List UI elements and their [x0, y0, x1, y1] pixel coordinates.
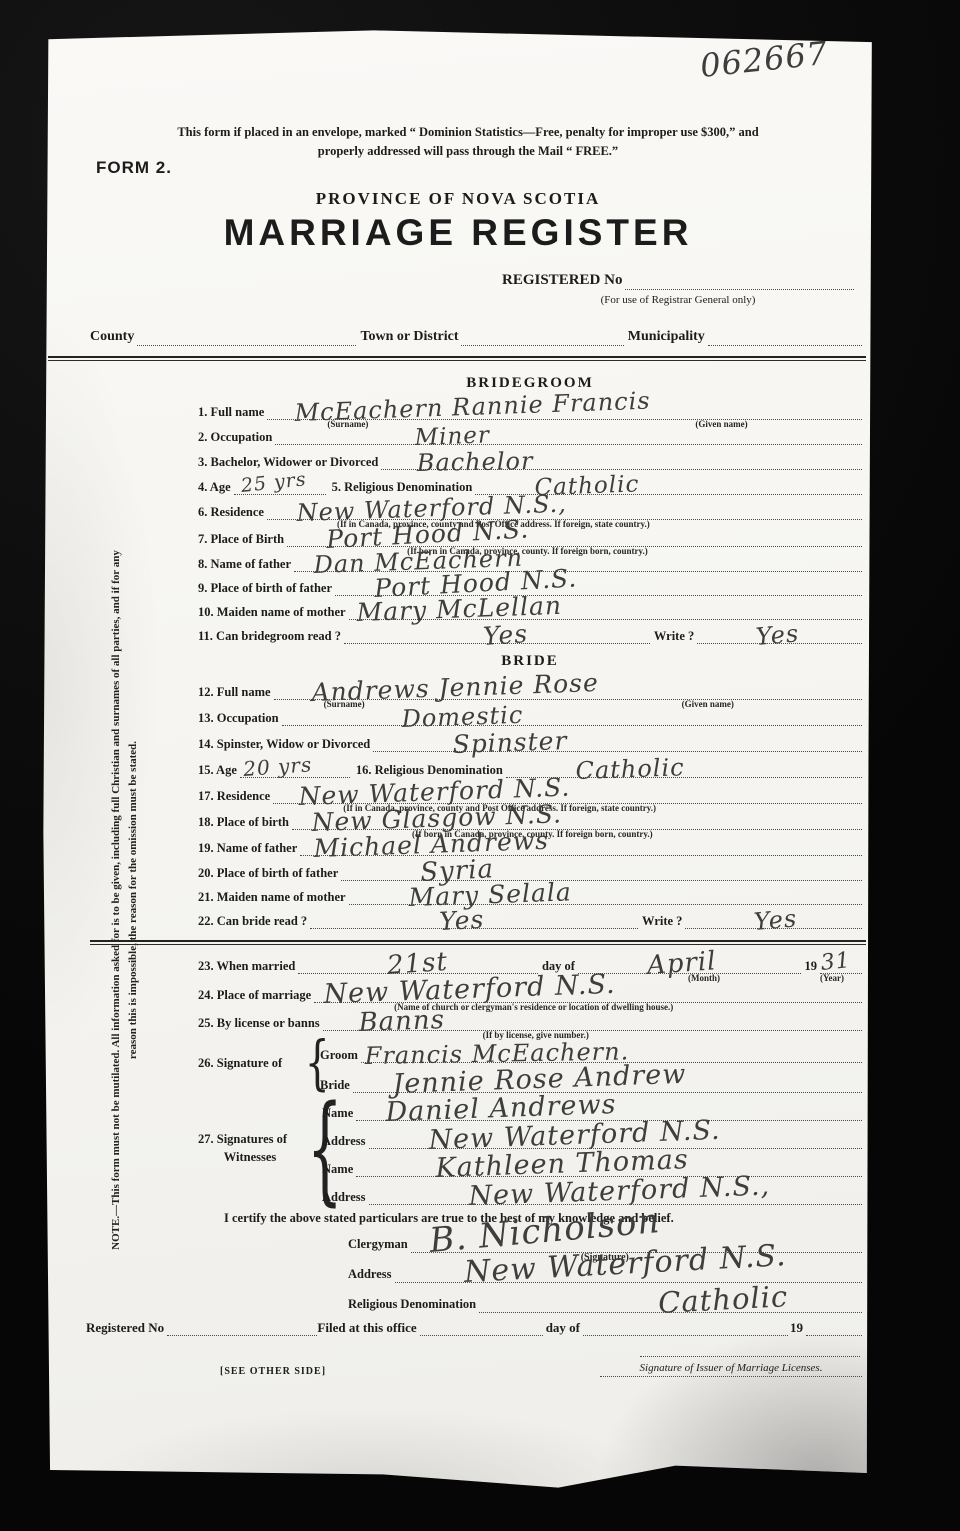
groom-fullname-line: McEachern Rannie Francis (Surname) (Give… — [267, 396, 862, 420]
form-number: FORM 2. — [96, 158, 172, 178]
bride-occupation-label: 13. Occupation — [198, 712, 279, 727]
bride-occupation-line: Domestic — [282, 700, 862, 726]
witness2-name-label: Name — [322, 1163, 353, 1178]
bride-birthplace-label: 18. Place of birth — [198, 816, 289, 831]
clergyman-religion-line: Catholic — [479, 1283, 862, 1313]
scanned-document-background: 062667 This form if placed in an envelop… — [0, 0, 960, 1531]
filing-filed-label: Filed at this office — [317, 1321, 416, 1336]
license-banns-value: Banns — [358, 1007, 445, 1036]
county-label: County — [90, 330, 134, 346]
groom-father-birthplace-line: Port Hood N.S. — [335, 572, 862, 596]
bride-birthplace-line: New Glasgow N.S. (If born in Canada, pro… — [292, 804, 862, 830]
filing-filed-line — [420, 1314, 543, 1336]
town-label: Town or District — [360, 330, 458, 346]
municipality-line — [708, 326, 862, 346]
bride-father-label: 19. Name of father — [198, 842, 297, 857]
groom-write-line: Yes — [697, 620, 862, 644]
filing-dayof-label: day of — [546, 1321, 580, 1336]
groom-fullname-label: 1. Full name — [198, 406, 264, 421]
groom-birthplace-label: 7. Place of Birth — [198, 533, 284, 548]
bride-write-value: Yes — [753, 906, 798, 934]
filing-dayof-line — [583, 1314, 788, 1336]
place-of-marriage-line: New Waterford N.S. (Name of church or cl… — [314, 974, 862, 1003]
marriage-register-form: 062667 This form if placed in an envelop… — [40, 26, 876, 1492]
bride-status-line: Spinster — [373, 726, 862, 752]
groom-read-label: 11. Can bridegroom read ? — [198, 630, 341, 645]
filing-year-line — [806, 1314, 862, 1336]
envelope-notice-line1: This form if placed in an envelope, mark… — [100, 123, 836, 142]
groom-read-value: Yes — [482, 621, 529, 649]
bride-age-line: 20 yrs — [240, 752, 350, 778]
clergyman-religion-label: Religious Denomination — [348, 1298, 476, 1313]
bride-residence-label: 17. Residence — [198, 790, 270, 805]
filing-registered-line — [167, 1314, 317, 1336]
bride-read-label: 22. Can bride read ? — [198, 915, 307, 930]
town-line — [461, 326, 623, 346]
bride-fullname-line: Andrews Jennie Rose (Surname) (Given nam… — [274, 674, 862, 700]
groom-age-line: 25 yrs — [234, 470, 326, 495]
bride-father-birthplace-line: Syria — [341, 856, 862, 881]
bride-age-label: 15. Age — [198, 764, 237, 779]
section-divider-top — [48, 356, 866, 361]
groom-read-line: Yes — [344, 620, 650, 644]
bride-status-label: 14. Spinster, Widow or Divorced — [198, 738, 370, 753]
witness1-name-label: Name — [322, 1107, 353, 1122]
witnesses-label-1: 27. Signatures of — [198, 1133, 302, 1148]
registered-no-label: REGISTERED No — [502, 273, 622, 290]
witness2-address-line: New Waterford N.S., — [369, 1177, 862, 1205]
bride-write-line: Yes — [685, 905, 862, 929]
bride-fullname-label: 12. Full name — [198, 686, 271, 701]
see-other-side: [SEE OTHER SIDE] — [220, 1366, 326, 1377]
groom-age-value: 25 yrs — [240, 470, 307, 496]
groom-status-line: Bachelor — [381, 445, 862, 470]
witness2-address-label: Address — [322, 1191, 366, 1206]
year-prefix: 19 — [805, 960, 818, 975]
groom-birthplace-line: Port Hood N.S. (If born in Canada, provi… — [287, 520, 862, 547]
signature-of-label: 26. Signature of — [198, 1057, 302, 1072]
witnesses-label-2: Witnesses — [198, 1151, 302, 1166]
side-note: NOTE.—This form must not be mutilated. A… — [108, 550, 144, 1250]
groom-write-value: Yes — [755, 621, 800, 649]
clergyman-address-label: Address — [348, 1268, 392, 1283]
witness2-name-line: Kathleen Thomas — [356, 1149, 862, 1177]
bride-father-birthplace-label: 20. Place of birth of father — [198, 867, 338, 882]
clergyman-label: Clergyman — [348, 1238, 408, 1253]
groom-mother-line: Mary McLellan — [349, 596, 862, 620]
groom-father-line: Dan McEachern — [294, 547, 862, 572]
brace-27: { — [307, 1090, 317, 1208]
license-banns-line: Banns (If by license, give number.) — [323, 1003, 862, 1031]
groom-mother-label: 10. Maiden name of mother — [198, 606, 346, 621]
groom-occupation-line: Miner — [275, 420, 862, 445]
bride-write-label: Write ? — [642, 915, 682, 930]
groom-residence-label: 6. Residence — [198, 506, 264, 521]
clergyman-address-line: New Waterford N.S. — [395, 1253, 862, 1283]
groom-age-label: 4. Age — [198, 481, 231, 496]
groom-father-label: 8. Name of father — [198, 558, 291, 573]
registration-number-stamp: 062667 — [699, 37, 830, 82]
bride-residence-line: New Waterford N.S. (If in Canada, provin… — [273, 778, 862, 804]
witness1-address-label: Address — [322, 1135, 366, 1150]
municipality-label: Municipality — [628, 330, 705, 346]
filing-year-prefix: 19 — [790, 1321, 803, 1336]
year-value: 31 — [820, 950, 852, 975]
year-line: 31 (Year) — [820, 946, 862, 974]
witness1-name-line: Daniel Andrews — [356, 1093, 862, 1121]
clergyman-religion-value: Catholic — [658, 1282, 789, 1318]
when-married-line: 21st — [298, 946, 538, 974]
issuer-signature-label: Signature of Issuer of Marriage Licenses… — [600, 1362, 862, 1377]
groom-sig-line: Francis McEachern. — [361, 1035, 862, 1063]
witness1-address-line: New Waterford N.S. — [369, 1121, 862, 1149]
when-married-label: 23. When married — [198, 960, 295, 975]
section-divider-marriage — [90, 940, 866, 945]
county-line — [137, 326, 356, 346]
issuer-signature-line — [640, 1344, 860, 1357]
filing-registered-label: Registered No — [86, 1321, 164, 1336]
page-title: MARRIAGE REGISTER — [40, 212, 876, 254]
bride-mother-line: Mary Selala — [349, 881, 862, 905]
groom-residence-line: New Waterford N.S., (If in Canada, provi… — [267, 495, 862, 520]
bride-father-line: Michael Andrews — [300, 830, 862, 856]
groom-status-label: 3. Bachelor, Widower or Divorced — [198, 456, 378, 471]
groom-occupation-label: 2. Occupation — [198, 431, 272, 446]
groom-father-birthplace-label: 9. Place of birth of father — [198, 582, 332, 597]
place-of-marriage-label: 24. Place of marriage — [198, 989, 311, 1004]
bride-read-line: Yes — [310, 905, 638, 929]
registered-no-line — [625, 272, 854, 290]
envelope-notice-line2: properly addressed will pass through the… — [100, 142, 836, 161]
registrar-note: (For use of Registrar General only) — [502, 294, 854, 306]
bride-read-value: Yes — [439, 907, 485, 934]
bride-mother-label: 21. Maiden name of mother — [198, 891, 346, 906]
bride-age-value: 20 yrs — [242, 754, 312, 779]
province-heading: PROVINCE OF NOVA SCOTIA — [40, 189, 876, 209]
groom-sig-label: Groom — [320, 1049, 358, 1064]
groom-write-label: Write ? — [654, 630, 694, 645]
license-banns-label: 25. By license or banns — [198, 1017, 320, 1032]
